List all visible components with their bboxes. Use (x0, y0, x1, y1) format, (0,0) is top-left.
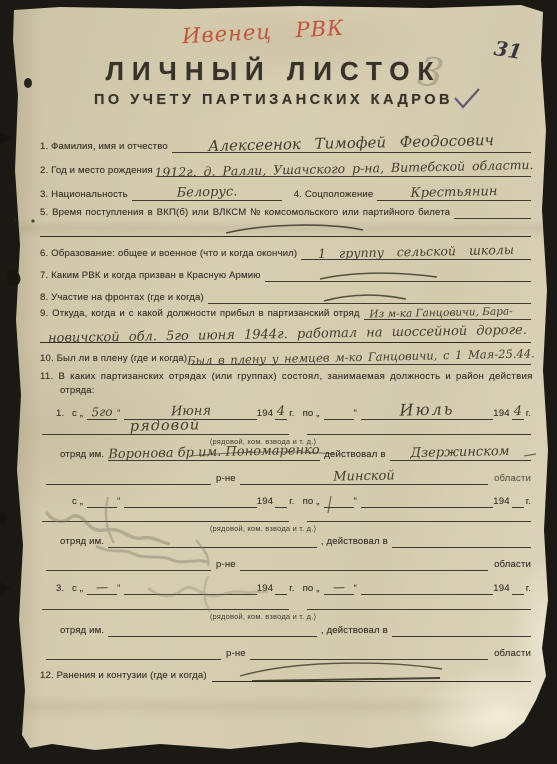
unit-1-name-value: Воронова бр им. Пономаренко (108, 444, 320, 461)
rank-hint-3: (рядовой, ком. взвода и т. д.) (178, 612, 348, 621)
unit-3-acted-line (392, 636, 531, 637)
district-label: р-не (226, 648, 246, 660)
quote-mark: “ (117, 408, 120, 420)
year-suffix: г. (526, 408, 531, 420)
unit-1-rank-line: рядовой (42, 434, 289, 435)
field-party-continuation-row (40, 222, 531, 237)
field-birth-label: 2. Год и место рождения (40, 165, 153, 177)
field-education-label: 6. Образование: общее и военное (что и к… (40, 248, 297, 260)
unit-1-to-month-value: Июль (399, 401, 454, 418)
unit-2-dates-row: с „ “ 194 г. по „ “ 194 г. (56, 493, 531, 508)
unit-1-district-row: р-не Минской области (44, 470, 531, 485)
field-units-header-row: 11. В каких партизанских отрядах (или гр… (40, 371, 531, 383)
field-rvk-row: 7. Каким РВК и когда призван в Красную А… (40, 267, 531, 282)
field-wounds-label: 12. Ранения и контузии (где и когда) (40, 670, 207, 682)
field-fronts-line (208, 303, 531, 304)
paper-speck (13, 218, 17, 222)
field-nationality-line: Белорус. (132, 200, 282, 201)
red-pencil-annotation: Ивенец РВК (181, 16, 344, 48)
field-captivity-line: Был в плену у немцев м-ко Ганцовичи, с 1… (191, 364, 531, 365)
unit-1-rank-value: рядовой (130, 418, 201, 434)
unit-1-to-year-value: 4 (513, 405, 522, 418)
year-stub: 194 (257, 408, 273, 420)
field-units-subheader-label: отряда: (60, 385, 95, 397)
field-wounds-line (212, 681, 531, 682)
unit-1-district-value: Минской (333, 469, 395, 483)
field-wounds-row: 12. Ранения и контузии (где и когда) (40, 667, 531, 682)
field-birth-line: 1912г. д. Ралли, Ушачского р-на, Витебск… (157, 176, 531, 177)
unit-1-acted-line: Дзержинском (390, 460, 531, 461)
field-birth-row: 2. Год и место рождения 1912г. д. Ралли,… (40, 162, 531, 177)
year-suffix: г. (289, 408, 294, 420)
unit-3-from-day-value: — (96, 581, 108, 593)
acted-label: , действовал в (321, 536, 388, 548)
to-prefix: по „ (303, 583, 320, 595)
unit-2-name-line (108, 547, 317, 548)
field-arrival-continuation-row: новичской обл. 5го июня 1944г. работал н… (40, 328, 531, 343)
to-prefix: по „ (303, 408, 320, 420)
unit-1-dates-row: 1. с „ 5го “ Июня 194 4 г. по „ “ Июль 1… (56, 405, 531, 420)
field-arrival-row: 9. Откуда, когда и с какой должности при… (40, 305, 531, 320)
region-label: области (494, 648, 531, 660)
unit-2-rank-line (42, 521, 289, 522)
unit-3-rank-row (40, 595, 531, 610)
unit-label: отряд им. (60, 536, 104, 548)
field-social-line: Крестьянин (377, 200, 531, 201)
unit-2-name-row: отряд им. , действовал в (60, 533, 531, 548)
unit-3-name-line (108, 636, 317, 637)
unit-2-district-row: р-не области (44, 556, 531, 571)
form-title: ЛИЧНЫЙ ЛИСТОК (30, 56, 517, 87)
field-surname-value: Алексеенок Тимофей Феодосович (208, 133, 494, 154)
field-captivity-value: Был в плену у немцев м-ко Ганцовичи, с 1… (187, 348, 535, 367)
unit-label: отряд им. (60, 625, 104, 637)
field-surname-line: Алексеенок Тимофей Феодосович (172, 152, 531, 153)
field-arrival-value-line2: новичской обл. 5го июня 1944г. работал н… (48, 324, 527, 345)
unit-3-district-row: р-не области (44, 645, 531, 660)
field-party-label: 5. Время поступления в ВКП(б) или ВЛКСМ … (40, 207, 450, 219)
unit-2-acted-line (392, 547, 531, 548)
year-suffix: г. (526, 583, 531, 595)
field-arrival-label: 9. Откуда, когда и с какой должности при… (40, 308, 360, 320)
field-education-row: 6. Образование: общее и военное (что и к… (40, 245, 531, 260)
edge-mark (0, 582, 11, 594)
field-nationality-label: 3. Национальность (40, 189, 128, 201)
unit-1-name-row: отряд им. Воронова бр им. Пономаренко де… (60, 446, 531, 461)
unit-3-rank-line-right (307, 609, 531, 610)
form-subtitle: ПО УЧЕТУ ПАРТИЗАНСКИХ КАДРОВ (30, 92, 517, 108)
unit-3-name-row: отряд им. , действовал в (60, 622, 531, 637)
unit-1-district-line: Минской (240, 484, 488, 485)
field-nationality-value: Белорус. (176, 185, 237, 199)
field-social-label: 4. Соцположение (294, 189, 374, 201)
field-rvk-label: 7. Каким РВК и когда призван в Красную А… (40, 270, 261, 282)
quote-mark: “ (354, 583, 357, 595)
field-units-header-label: 11. В каких партизанских отрядах (или гр… (40, 371, 533, 383)
from-prefix: с „ (72, 583, 83, 595)
quote-mark: “ (354, 408, 357, 420)
field-birth-value: 1912г. д. Ралли, Ушачского р-на, Витебск… (154, 159, 533, 179)
unit-1-from-year-value: 4 (277, 405, 286, 418)
unit-3-to-day-value: — (332, 581, 344, 593)
unit-3-district-leadline (46, 659, 221, 660)
year-stub: 194 (493, 583, 509, 595)
field-captivity-label: 10. Был ли в плену (где и когда) (40, 353, 187, 365)
edge-mark (0, 512, 7, 524)
field-party-continuation-line (40, 236, 531, 237)
field-party-row: 5. Время поступления в ВКП(б) или ВЛКСМ … (40, 204, 531, 219)
year-stub: 194 (257, 583, 273, 595)
field-rvk-line (265, 281, 531, 282)
unit-3-rank-line (42, 609, 289, 610)
district-label: р-не (216, 473, 236, 485)
unit-2-rank-row (40, 507, 531, 522)
unit-1-number: 1. (56, 408, 72, 420)
region-label: области (494, 473, 531, 485)
scanned-document: Ивенец РВК 31 3 ЛИЧНЫЙ ЛИСТОК ПО УЧЕТУ П… (0, 0, 557, 764)
field-education-value: 1 группу сельской школы (318, 243, 514, 260)
field-nationality-row: 3. Национальность Белорус. 4. Соцположен… (40, 186, 531, 201)
field-arrival-line: Из м-ка Ганцовичи, Бара- (364, 319, 531, 320)
field-surname-row: 1. Фамилия, имя и отчество Алексеенок Ти… (40, 138, 531, 153)
field-arrival-value-line1: Из м-ка Ганцовичи, Бара- (369, 306, 513, 320)
unit-2-district-line (240, 570, 488, 571)
acted-label: , действовал в (321, 625, 388, 637)
field-party-line (454, 218, 531, 219)
unit-1-rank-row: рядовой (40, 420, 531, 435)
year-stub: 194 (493, 408, 509, 420)
acted-label: действовал в (324, 449, 385, 461)
unit-3-dates-row: 3. с „ — “ 194 г. по „ — “ 194 г. (56, 580, 531, 595)
field-social-value: Крестьянин (411, 185, 498, 200)
unit-1-from-month-value: Июня (171, 405, 211, 419)
rank-hint-2: (рядовой, ком. взвода и т. д.) (178, 524, 348, 533)
field-captivity-row: 10. Был ли в плену (где и когда) Был в п… (40, 350, 531, 365)
year-suffix: г. (289, 583, 294, 595)
unit-2-rank-line-right (307, 521, 531, 522)
from-prefix: с „ (72, 408, 83, 420)
field-fronts-label: 8. Участие на фронтах (где и когда) (40, 292, 204, 304)
field-education-line: 1 группу сельской школы (301, 259, 531, 260)
district-label: р-не (216, 559, 236, 571)
field-surname-label: 1. Фамилия, имя и отчество (40, 141, 168, 153)
field-fronts-row: 8. Участие на фронтах (где и когда) (40, 289, 531, 304)
unit-3-district-line (250, 659, 488, 660)
unit-1-rank-line-right (307, 434, 531, 435)
region-label: области (494, 559, 531, 571)
unit-label: отряд им. (60, 449, 104, 461)
unit-3-number: 3. (56, 583, 72, 595)
field-units-subheader-row: отряда: (60, 385, 531, 397)
unit-1-acted-value: Дзержинском (411, 445, 510, 460)
quote-mark: “ (117, 583, 120, 595)
field-arrival-continuation-line: новичской обл. 5го июня 1944г. работал н… (40, 342, 531, 343)
edge-mark (0, 132, 12, 144)
unit-2-district-leadline (46, 570, 211, 571)
form-paper: Ивенец РВК 31 3 ЛИЧНЫЙ ЛИСТОК ПО УЧЕТУ П… (0, 0, 557, 764)
unit-1-from-day-value: 5го (92, 406, 113, 418)
unit-1-name-line: Воронова бр им. Пономаренко (108, 460, 320, 461)
unit-1-district-leadline (46, 484, 211, 485)
